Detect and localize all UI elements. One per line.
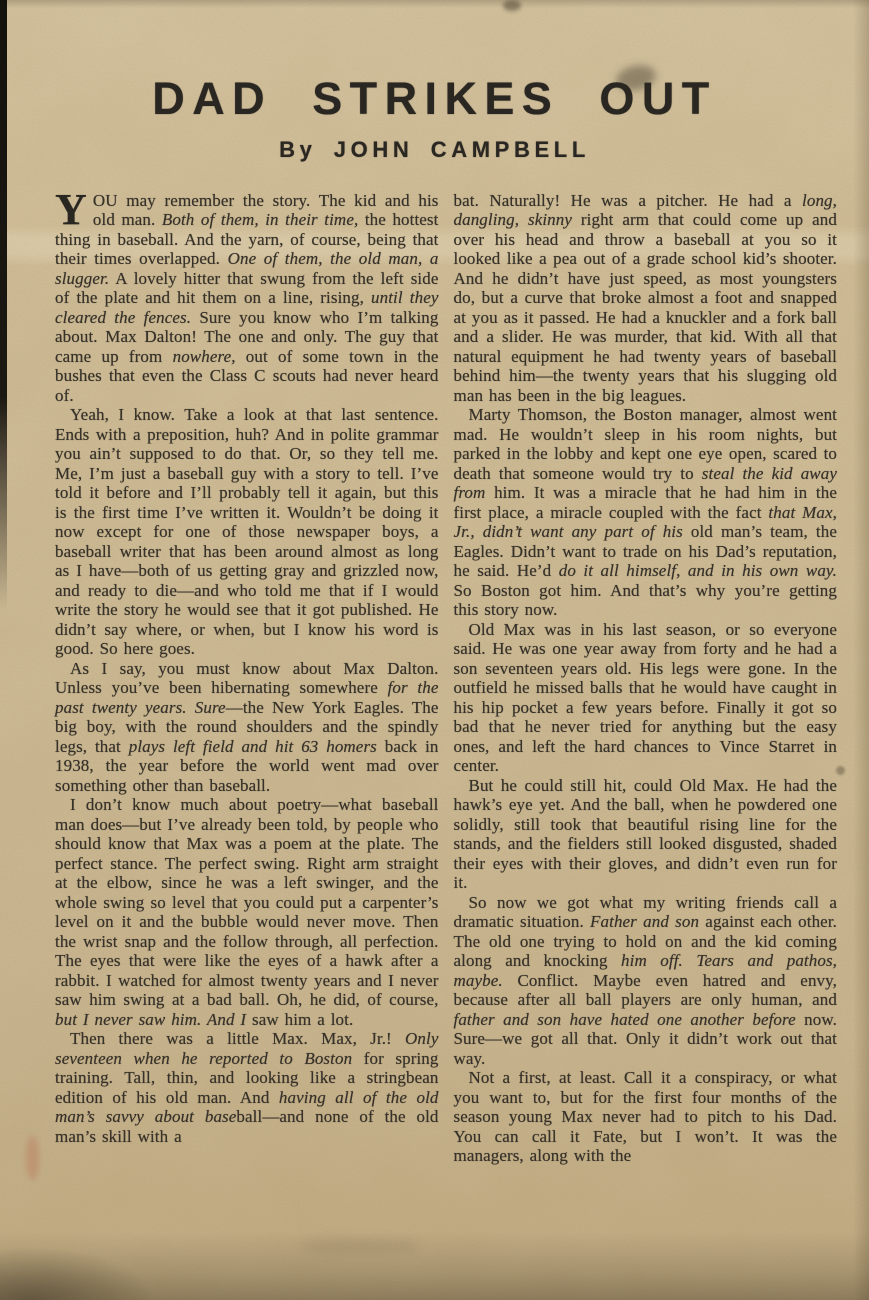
- text-run: Yeah, I know. Take a look at that last s…: [55, 405, 439, 658]
- paragraph: Old Max was in his last season, or so ev…: [454, 620, 838, 776]
- paragraph: But he could still hit, could Old Max. H…: [454, 776, 838, 893]
- text-run: Old Max was in his last season, or so ev…: [454, 620, 838, 776]
- italic-text-run: but I never saw him. And I: [55, 1010, 246, 1029]
- italic-text-run: do it all himself, and in his own way.: [559, 561, 837, 580]
- text-run: But he could still hit, could Old Max. H…: [454, 776, 838, 893]
- paragraph: So now we got what my writing friends ca…: [454, 893, 838, 1069]
- text-run: As I say, you must know about Max Dalton…: [55, 659, 439, 698]
- italic-text-run: Both of them, in their time,: [162, 210, 358, 229]
- text-run: Then there was a little Max. Max, Jr.!: [70, 1029, 405, 1048]
- paragraph: Then there was a little Max. Max, Jr.! O…: [55, 1029, 439, 1146]
- paper-shading: [300, 1238, 420, 1254]
- paragraph: Marty Thomson, the Boston manager, almos…: [454, 405, 838, 620]
- text-run: bat. Naturally! He was a pitcher. He had…: [454, 191, 803, 210]
- story-title: DAD STRIKES OUT: [0, 74, 869, 124]
- story-header: DAD STRIKES OUT By JOHN CAMPBELL: [0, 0, 869, 163]
- paragraph: bat. Naturally! He was a pitcher. He had…: [454, 191, 838, 406]
- paragraph: I don’t know much about poetry—what base…: [55, 795, 439, 1029]
- text-run: saw him a lot.: [246, 1010, 353, 1029]
- italic-text-run: nowhere,: [173, 347, 236, 366]
- text-run: right arm that could come up and over hi…: [454, 210, 838, 405]
- text-run: So Boston got him. And that’s why you’re…: [454, 581, 838, 620]
- article-body: YOU may remember the story. The kid and …: [0, 163, 869, 1166]
- italic-text-run: father and son have hated one another be…: [454, 1010, 796, 1029]
- text-run: Conflict. Maybe even hatred and envy, be…: [454, 971, 838, 1010]
- paragraph: YOU may remember the story. The kid and …: [55, 191, 439, 406]
- story-byline: By JOHN CAMPBELL: [0, 137, 869, 163]
- text-run: Not a first, at least. Call it a conspir…: [454, 1068, 838, 1165]
- column-left: YOU may remember the story. The kid and …: [55, 191, 439, 1166]
- paragraph: Not a first, at least. Call it a conspir…: [454, 1068, 838, 1166]
- italic-text-run: Father and son: [590, 912, 699, 931]
- text-run: I don’t know much about poetry—what base…: [55, 795, 439, 1009]
- magazine-page: DAD STRIKES OUT By JOHN CAMPBELL YOU may…: [0, 0, 869, 1300]
- drop-cap: Y: [55, 191, 93, 226]
- paragraph: Yeah, I know. Take a look at that last s…: [55, 405, 439, 659]
- paragraph: As I say, you must know about Max Dalton…: [55, 659, 439, 796]
- column-right: bat. Naturally! He was a pitcher. He had…: [454, 191, 838, 1166]
- italic-text-run: plays left field and hit 63 homers: [129, 737, 377, 756]
